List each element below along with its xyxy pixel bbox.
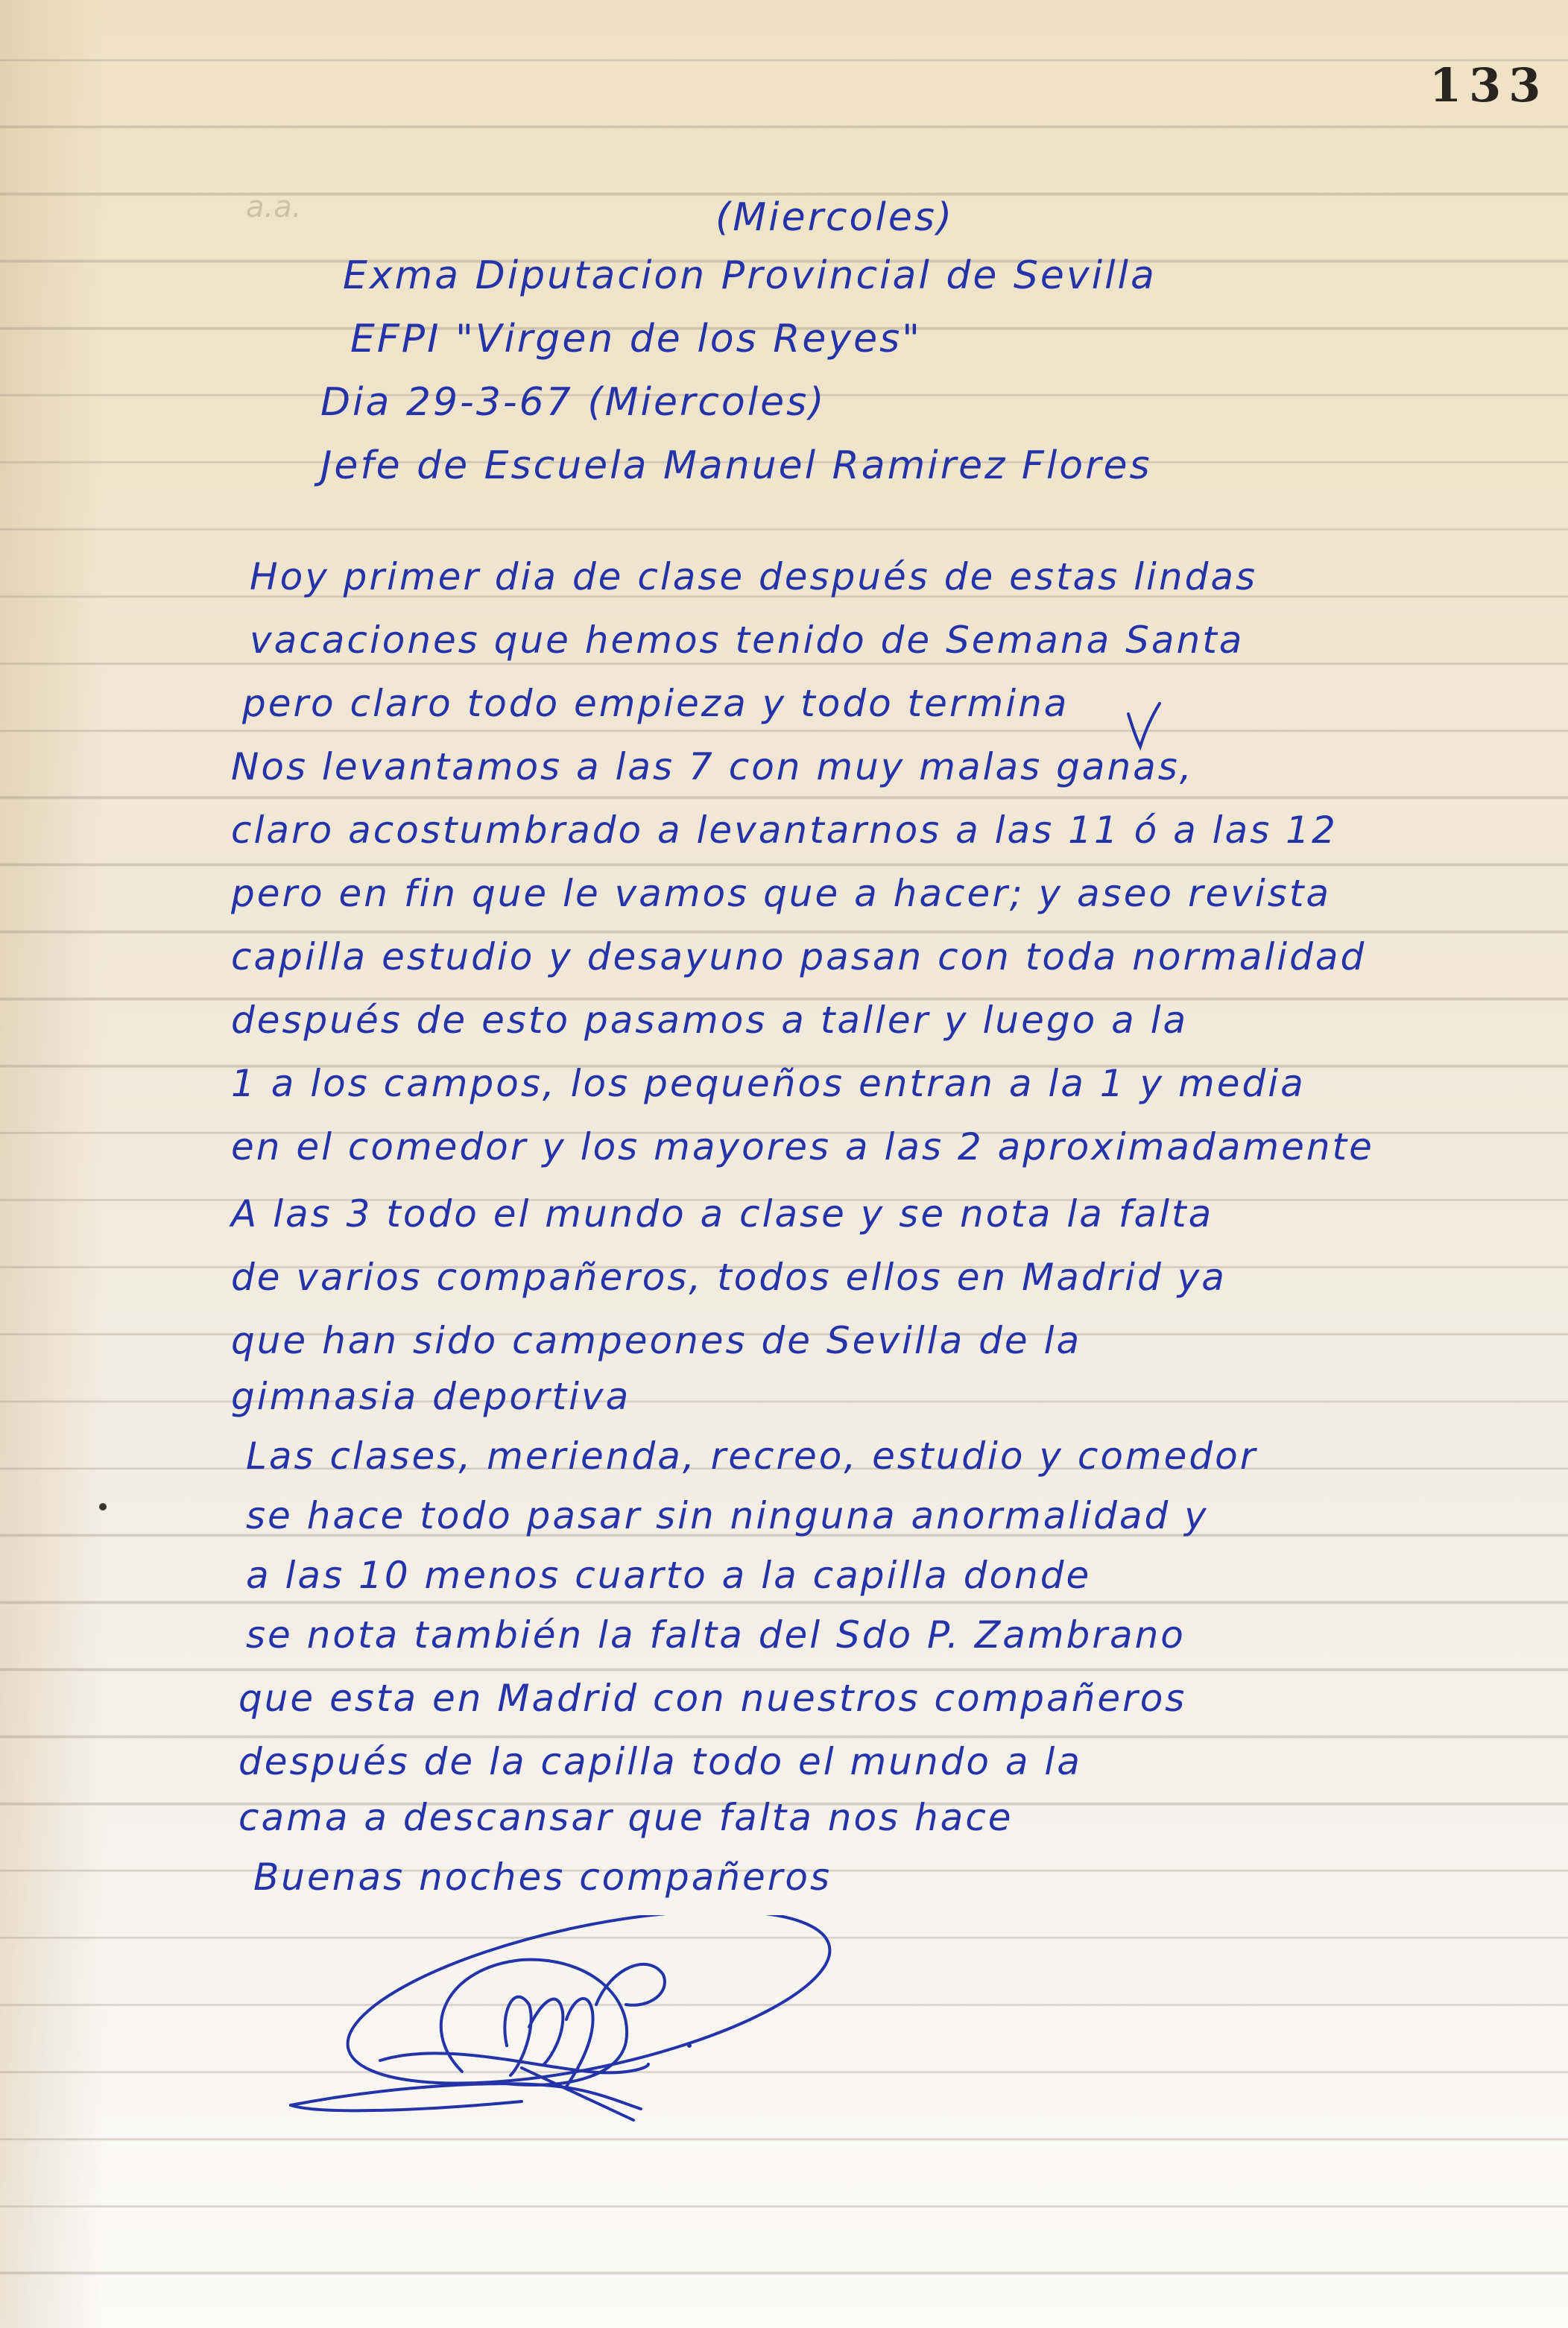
body-line: cama a descansar que falta nos hace: [238, 1796, 1014, 1839]
signature-icon: [276, 1915, 857, 2139]
body-line: Nos levantamos a las 7 con muy malas gan…: [231, 745, 1194, 788]
body-line: A las 3 todo el mundo a clase y se nota …: [231, 1192, 1213, 1236]
body-line: después de esto pasamos a taller y luego…: [231, 999, 1188, 1042]
body-line: claro acostumbrado a levantarnos a las 1…: [231, 809, 1338, 852]
day-note: (Miercoles): [715, 195, 954, 240]
body-line: de varios compañeros, todos ellos en Mad…: [231, 1256, 1227, 1299]
body-line: pero en fin que le vamos que a hacer; y …: [231, 872, 1331, 915]
body-line: 1 a los campos, los pequeños entran a la…: [231, 1062, 1306, 1105]
body-line: vacaciones que hemos tenido de Semana Sa…: [250, 619, 1244, 662]
body-line: después de la capilla todo el mundo a la: [238, 1740, 1082, 1783]
body-line: Buenas noches compañeros: [253, 1856, 832, 1899]
page-number: 133: [1429, 58, 1548, 113]
school-line: EFPI "Virgen de los Reyes": [350, 317, 922, 361]
body-line: capilla estudio y desayuno pasan con tod…: [231, 935, 1366, 978]
body-line: en el comedor y los mayores a las 2 apro…: [231, 1125, 1374, 1168]
check-mark-icon: [1125, 700, 1163, 753]
faint-show-through-text: a.a.: [246, 190, 301, 224]
body-line: se hace todo pasar sin ninguna anormalid…: [246, 1494, 1209, 1537]
body-line: Las clases, merienda, recreo, estudio y …: [246, 1435, 1257, 1478]
institution-line: Exma Diputacion Provincial de Sevilla: [343, 253, 1157, 298]
body-line: pero claro todo empieza y todo termina: [242, 682, 1069, 725]
date-line: Dia 29-3-67 (Miercoles): [320, 380, 826, 425]
body-line: que esta en Madrid con nuestros compañer…: [238, 1677, 1186, 1720]
body-line: Hoy primer dia de clase después de estas…: [250, 555, 1257, 598]
margin-dot: [99, 1503, 107, 1511]
head-of-school-line: Jefe de Escuela Manuel Ramirez Flores: [320, 443, 1152, 488]
body-line: que han sido campeones de Sevilla de la: [231, 1319, 1081, 1362]
body-line: se nota también la falta del Sdo P. Zamb…: [246, 1613, 1186, 1657]
body-line: a las 10 menos cuarto a la capilla donde: [246, 1554, 1091, 1597]
body-line: gimnasia deportiva: [231, 1375, 630, 1418]
